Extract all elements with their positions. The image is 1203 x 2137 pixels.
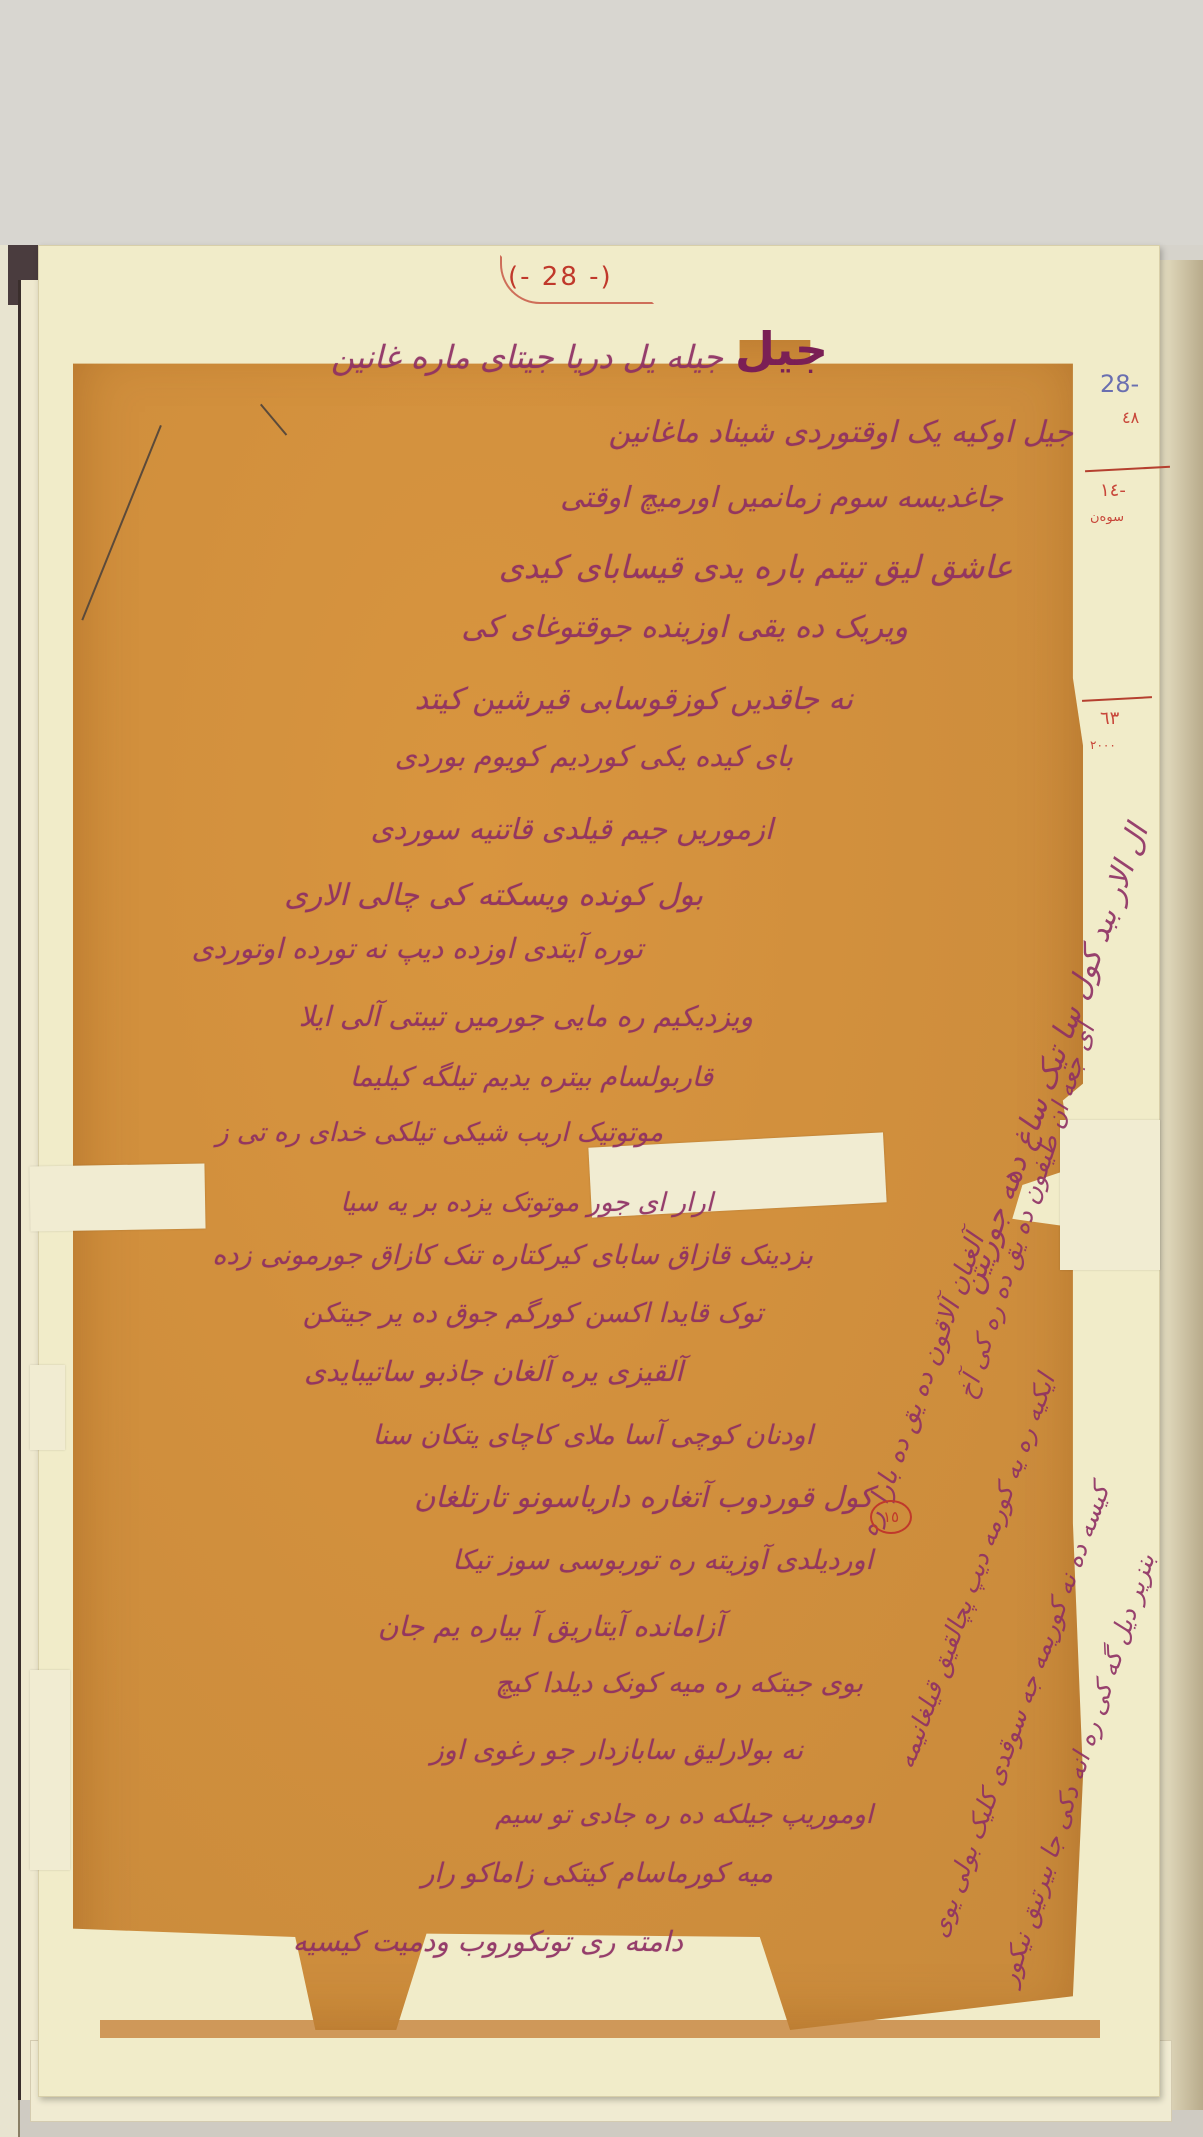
- repair-tape: [30, 1670, 70, 1870]
- text-line: آزامانده آیتاریق آ بیاره یم جان: [378, 1610, 723, 1643]
- text-line: نه جاقدیں کوزقوسابی قیرشین کیتد: [415, 682, 853, 717]
- text-line: اوردیلدی آوزیته ره توربوسی سوز تیکا: [452, 1545, 873, 1576]
- text-line: بای کیده یکی کوردیم کویوم بوردی: [395, 740, 793, 773]
- margin-note: ١٤-: [1100, 480, 1126, 501]
- text-line: اودنان کوچی آسا ملای کاچای یتکان سنا: [373, 1420, 813, 1451]
- text-line: بوی جیتکه ره میه کونک دیلدا کیچ: [495, 1668, 863, 1699]
- text-line: دامته ری تونکوروب ودمیت کیسیه: [293, 1925, 683, 1958]
- text-line: ویریک ده یقی اوزینده جوقتوغای کی: [461, 610, 908, 645]
- repair-tape: [30, 1365, 65, 1450]
- margin-note: سوەن: [1090, 510, 1124, 525]
- repair-tape: [1060, 1120, 1160, 1270]
- text-line: عاشق لیق تیتم باره یدی قیسابای کیدی: [499, 548, 1013, 586]
- text-line: موتوتیک اریب شیکی تیلکی خدای ره تی ز: [216, 1118, 663, 1148]
- circled-annotation: ١٥: [870, 1500, 912, 1534]
- text-line: قاربولسام بیتره یدیم تیلگه کیلیما: [350, 1062, 713, 1093]
- page-stack-edge: [1158, 260, 1203, 2110]
- heading-subtitle: جیله یل دریا جیتای ماره غانین: [331, 338, 723, 376]
- margin-note-folio: 28-: [1100, 370, 1139, 398]
- text-line: جیل اوکیه یک اوقتوردی شیناد ماغانین: [608, 415, 1073, 450]
- heading-title-word: جیل: [735, 322, 828, 376]
- manuscript-paper: [73, 340, 1083, 2030]
- text-line: نه بولارلیق سابازدار جو رغوی اوز: [431, 1735, 803, 1766]
- text-line: آلقیزی یره آلغان جاذبو ساتیبایدی: [304, 1355, 683, 1388]
- backdrop: [0, 0, 1203, 245]
- margin-note: ٤٨: [1122, 408, 1139, 427]
- repair-tape: [29, 1163, 205, 1231]
- margin-note: ٦٣: [1100, 708, 1119, 729]
- text-line: توره آیتدی اوزده دیپ نه تورده اوتوردی: [192, 932, 643, 965]
- text-line: بول کونده ویسکته کی چالی الاری: [284, 878, 703, 913]
- text-line: کول قوردوب آتغاره داریاسونو تارتلغان: [414, 1480, 873, 1514]
- text-line: اوموریپ جیلکه ده ره جادی تو سیم: [495, 1800, 873, 1830]
- margin-note: ٢٠٠٠: [1090, 738, 1116, 752]
- book-spine: [0, 245, 20, 2137]
- text-line: ارار ای جور موتوتک یزده بر یه سیا: [340, 1188, 713, 1218]
- text-line: میه کورماسام کیتکی زاماکو رار: [421, 1858, 773, 1889]
- text-line: توک قایدا اکسن کورگم جوق ده یر جیتکن: [303, 1298, 763, 1329]
- underlying-page-strip: [100, 2020, 1100, 2038]
- page-number: (- 28 -): [508, 262, 613, 292]
- text-line: ویزدیکیم ره مایی جورمیں تیبتی آلی ایلا: [299, 1000, 753, 1033]
- text-line: جاغدیسه سوم زمانمیں اورمیچ اوقتی: [560, 480, 1003, 514]
- text-line: ازموریں جیم قیلدی قاتنیه سوردی: [371, 812, 773, 846]
- text-line: بزدینک قازاق سابای کیرکتاره تنک کازاق جو…: [212, 1240, 813, 1271]
